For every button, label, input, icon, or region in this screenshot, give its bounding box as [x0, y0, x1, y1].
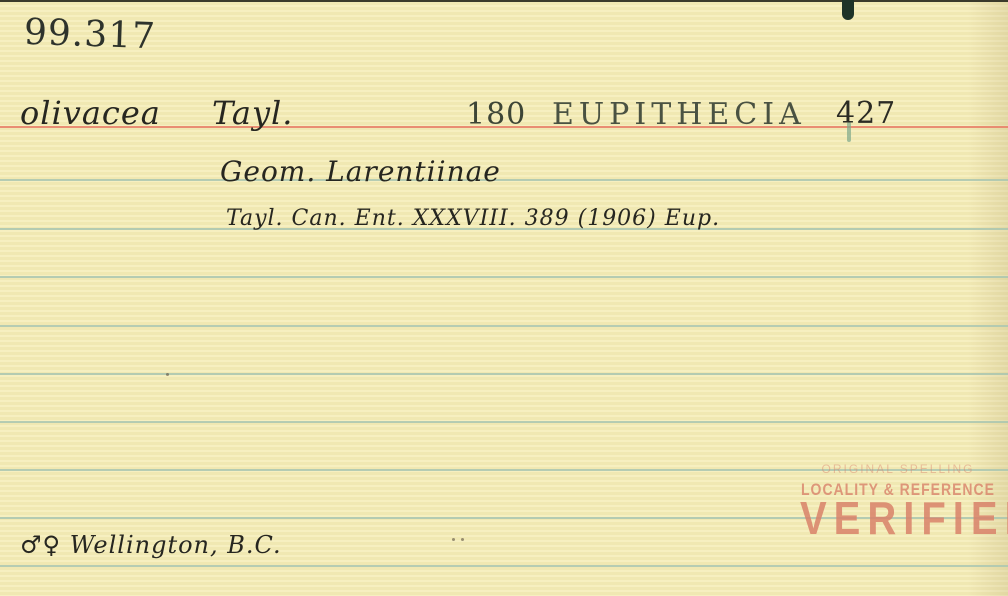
species-author: Tayl.: [212, 94, 293, 132]
stamp-line-3: VERIFIED.: [800, 494, 996, 546]
index-card: 99.317 olivacea Tayl. 180 EUPITHECIA 427…: [0, 0, 1008, 596]
ink-speck: [452, 538, 455, 541]
stamp-line-1: ORIGINAL SPELLING: [800, 462, 996, 476]
citation: Tayl. Can. Ent. XXXVIII. 389 (1906) Eup.: [226, 206, 720, 231]
genus-number-right: 427: [836, 96, 896, 131]
ruled-line: [0, 565, 1008, 567]
species-name: olivacea: [20, 94, 161, 132]
ruled-line: [0, 325, 1008, 327]
genus-name: EUPITHECIA: [552, 97, 806, 132]
ink-speck: [461, 538, 464, 541]
card-tab-mark: [842, 0, 854, 20]
ruled-line: [0, 179, 1008, 181]
genus-number-left: 180: [466, 97, 526, 132]
catalog-number: 99.317: [23, 12, 156, 58]
ruled-line: [0, 373, 1008, 375]
locality: ♂♀ Wellington, B.C.: [20, 531, 282, 559]
ruled-line: [0, 421, 1008, 423]
ruled-line: [0, 276, 1008, 278]
subfamily: Geom. Larentiinae: [220, 155, 501, 188]
ink-speck: [166, 373, 169, 376]
verified-stamp: ORIGINAL SPELLING LOCALITY & REFERENCE V…: [800, 462, 996, 542]
